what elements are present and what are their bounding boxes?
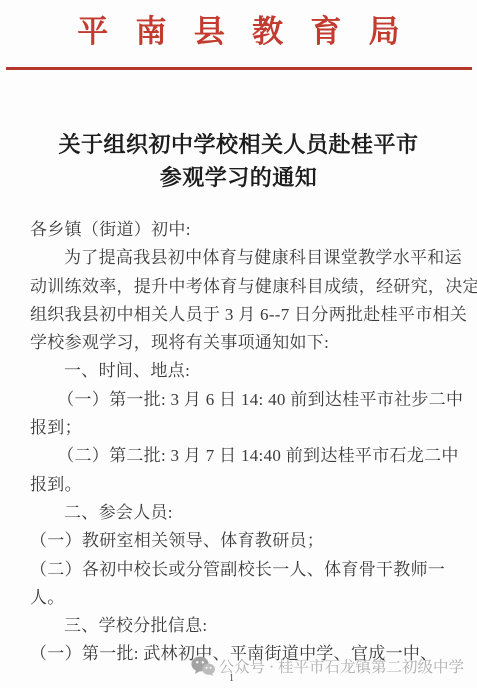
- header-divider: [6, 67, 472, 70]
- body-line: （二）各初中校长或分管副校长一人、体育骨干教师一: [30, 556, 450, 584]
- document-body: 各乡镇（街道）初中: 为了提高我县初中体育与健康科目课堂教学水平和运 动训练效率…: [30, 216, 450, 669]
- page-number: 1: [0, 673, 463, 684]
- body-line: 学校参观学习，现将有关事项通知如下:: [30, 329, 450, 357]
- body-line: 一、时间、地点:: [30, 357, 450, 385]
- document-title-line2: 参观学习的通知: [0, 161, 477, 194]
- body-line: （一）第一批: 3 月 6 日 14: 40 前到达桂平市社步二中: [30, 386, 450, 414]
- body-line: 人。: [30, 584, 450, 612]
- body-line: （一）教研室相关领导、体育教研员；: [30, 527, 450, 555]
- body-line: 动训练效率，提升中考体育与健康科目成绩，经研究，决定: [30, 273, 450, 301]
- document-page: 平南县教育局 关于组织初中学校相关人员赴桂平市 参观学习的通知 各乡镇（街道）初…: [0, 0, 477, 688]
- body-line: 三、学校分批信息:: [30, 612, 450, 640]
- body-line: 报到；: [30, 414, 450, 442]
- body-line: 各乡镇（街道）初中:: [30, 216, 450, 244]
- body-line: 二、参会人员:: [30, 499, 450, 527]
- body-line: （二）第二批: 3 月 7 日 14:40 前到达桂平市石龙二中: [30, 442, 450, 470]
- body-line: 为了提高我县初中体育与健康科目课堂教学水平和运: [30, 244, 450, 272]
- document-title: 关于组织初中学校相关人员赴桂平市 参观学习的通知: [0, 128, 477, 194]
- document-title-line1: 关于组织初中学校相关人员赴桂平市: [0, 128, 477, 161]
- body-line: 组织我县初中相关人员于 3 月 6--7 日分两批赴桂平市相关: [30, 301, 450, 329]
- agency-title: 平南县教育局: [0, 0, 477, 52]
- body-line: 报到。: [30, 471, 450, 499]
